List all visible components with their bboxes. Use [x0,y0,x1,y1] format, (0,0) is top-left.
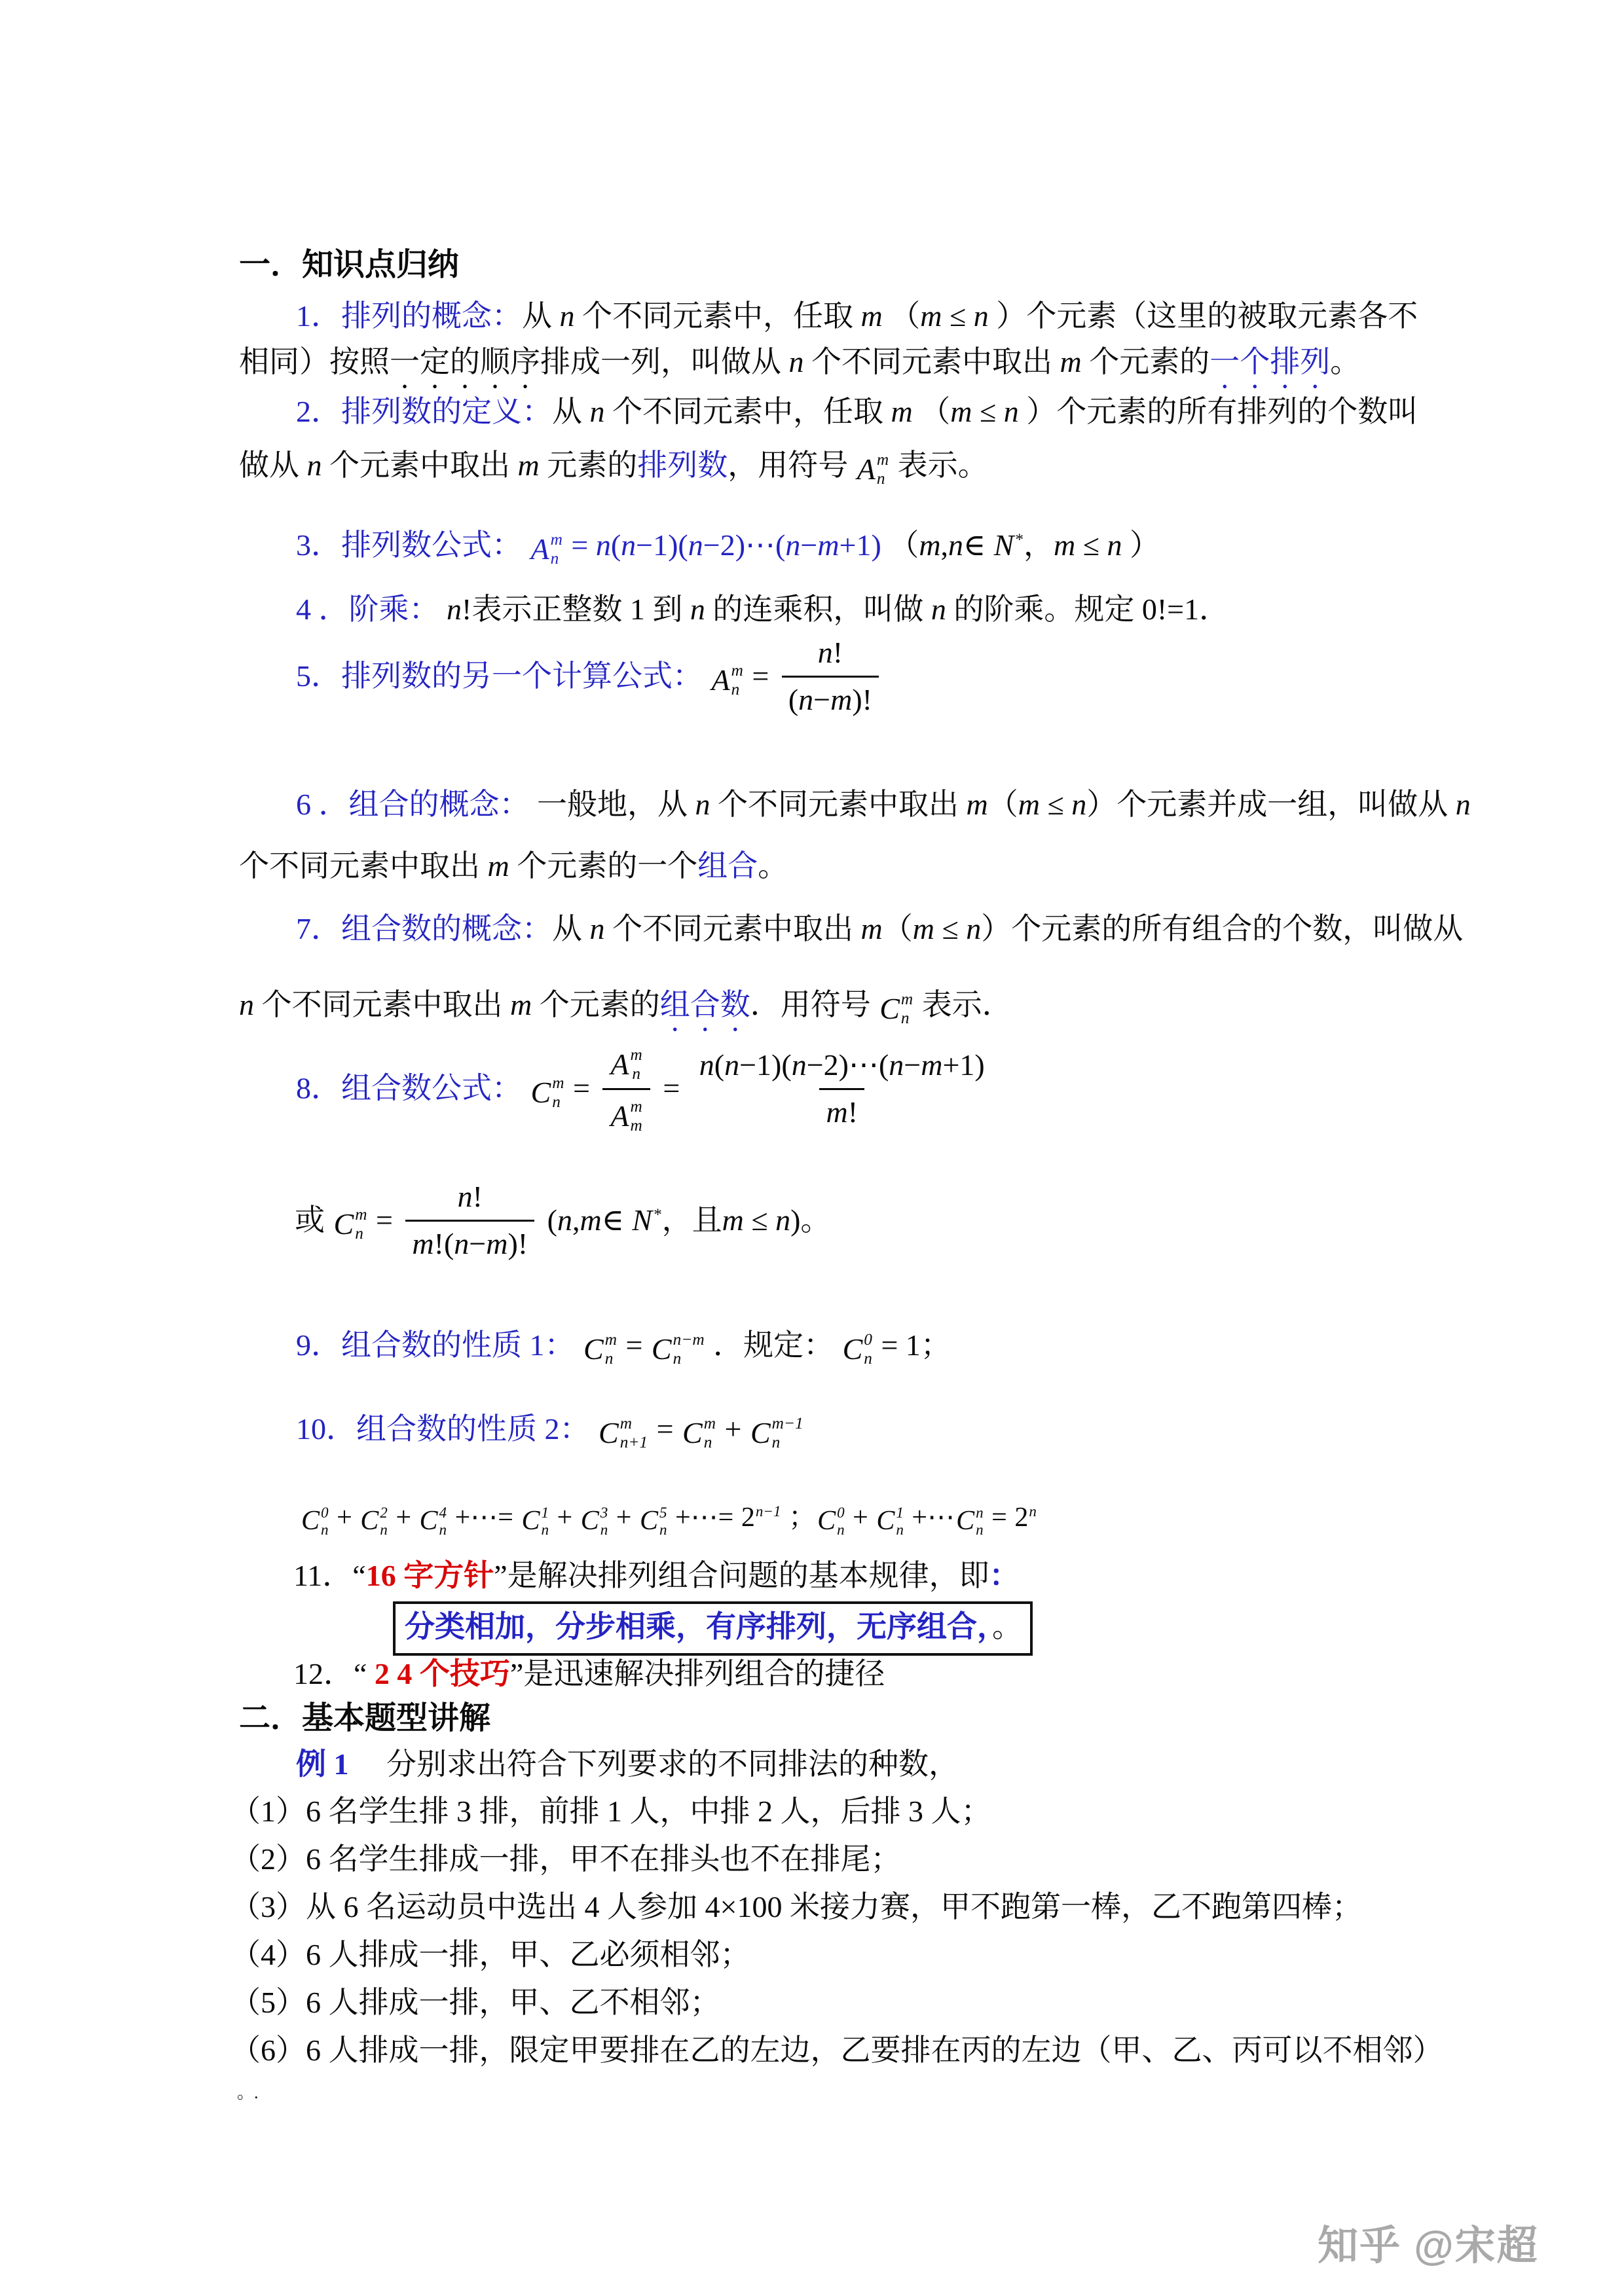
text-run: n [699,1048,714,1082]
text-run: n [889,1048,904,1082]
item-10-property-2: 10．组合数的性质 2： Cmn+1 = Cmn + Cm−1n [296,1408,805,1451]
text-run: , [941,528,949,562]
text-run: 个不同元素中，任取 [605,395,891,428]
text-run: 16 字方针 [366,1559,494,1592]
math-subsup: Amn [712,661,743,699]
text-run: n [458,1180,473,1213]
text-run: ≤ [1040,788,1071,821]
math-subsup: Amm [610,1097,642,1135]
text-run: m [412,1227,434,1260]
text-run: 。. [237,2083,259,2102]
text-run: m [817,528,839,562]
text-run: = [618,1328,650,1362]
text-run: n [789,345,804,378]
text-run: )。 [790,1203,830,1237]
text-run: + [846,1503,876,1533]
text-run: n [596,528,611,562]
text-run: （4）6 人排成一排，甲、乙必须相邻； [231,1938,750,1971]
text-run: 个不同元素中取出 [605,912,861,945]
math-subsup: Cn−mn [652,1330,705,1368]
math-subsup: Amn [610,1046,642,1084]
item-11-principle: 11．“16 字方针”是解决排列组合问题的基本规律，即： [293,1554,1020,1598]
text-run: ： [989,1559,1020,1592]
text-run: + [717,1412,749,1446]
text-run: （ [913,395,951,428]
math-subsup: Cmn+1 [599,1414,648,1452]
text-run: 个元素的 [532,988,660,1021]
math-fraction: n(n−1)(n−2)⋯(n−m+1)m! [693,1048,991,1130]
text-run: n [785,528,800,562]
key-rule-box: 分类相加，分步相乘，有序排列，无序组合，。 [393,1601,1033,1656]
text-run: 12．“ [293,1657,375,1690]
item-1-line-1: 1．排列的概念：从 n 个不同元素中，任取 m （m ≤ n ）个元素（这里的被… [296,295,1418,338]
text-run: （ [988,788,1018,821]
item-6-line-1: 6 ．组合的概念： 一般地，从 n 个不同元素中取出 m（m ≤ n）个元素并成… [296,783,1471,827]
text-run: 分别求出符合下列要求的不同排法的种数， [349,1747,959,1781]
text-run: ，用符号 [728,448,856,482]
math-subsup: C3n [581,1504,608,1539]
text-run: n [621,528,636,562]
text-run: ( [611,528,621,562]
item-4-factorial: 4 ．阶乘： n!表示正整数 1 到 n 的连乘积，叫做 n 的阶乘。规定 0!… [296,588,1229,632]
text-run: ≤ [1075,528,1107,562]
text-run: 2．排列数的定义： [296,395,552,428]
text-run: 10．组合数的性质 2： [296,1412,597,1446]
math-subsup: C0n [817,1504,845,1539]
example-1-q3: （3）从 6 名运动员中选出 4 人参加 4×100 米接力赛，甲不跑第一棒，乙… [231,1886,1362,1929]
text-run: ! [848,1095,858,1129]
item-8-alt-formula: 或 Cmn = n!m!(n−m)! (n,m∈ N*，且m ≤ n)。 [295,1182,830,1264]
example-1-q4: （4）6 人排成一排，甲、乙必须相邻； [231,1933,750,1977]
text-run: 4 ．阶乘： [296,592,447,626]
text-run: n [966,912,981,945]
text-run: ( [540,1203,557,1237]
text-run: 。 [758,849,788,883]
text-run: +1) [840,528,881,562]
watermark: 知乎 @宋超 [1318,2213,1539,2271]
text-run: 或 [295,1203,333,1237]
item-12-tricks: 12．“ 2 4 个技巧”是迅速解决排列组合的捷径 [293,1652,885,1696]
text-run: 分类相加，分步相乘，有序排列，无序组合， [405,1610,992,1643]
text-run: + [330,1503,360,1533]
math-sup: N* [994,524,1023,568]
text-run: m [920,299,942,333]
text-run: 的阶乘。规定 0!=1． [946,592,1229,626]
text-run: = [368,1203,400,1237]
text-run: n [818,636,833,669]
text-run: m [826,1095,847,1129]
text-run: ! [833,636,843,669]
text-run: 排成一列，叫做从 [540,345,789,378]
section-2-heading: 二．基本题型讲解 [239,1696,490,1741]
text-run: m [891,395,913,428]
stray-mark: 。. [237,2081,259,2105]
item-2-line-2: 做从 n 个元素中取出 m 元素的排列数，用符号 Amn 表示。 [239,444,988,488]
math-subsup: Cm−1n [750,1414,803,1452]
text-run: )! [852,683,872,716]
text-run: 2 4 个技巧 [375,1657,510,1690]
text-run: 个不同元素中，任取 [575,299,861,333]
text-run: n [695,788,710,821]
item-8-formula: 8．组合数公式： Cmn = AmnAmm = n(n−1)(n−2)⋯(n−m… [296,1046,997,1137]
text-run: = [655,1072,688,1105]
text-run: ）个元素的所有组合的个数，叫做从 [981,912,1463,945]
text-run: m [488,849,509,883]
text-run: −2)⋯( [807,1048,889,1082]
text-run: m [1060,345,1082,378]
text-run: m [913,912,934,945]
math-fraction: n!m!(n−m)! [405,1180,534,1262]
text-run: + [389,1503,418,1533]
text-run: n [974,299,989,333]
example-1-q6: （6）6 人排成一排，限定甲要排在乙的左边，乙要排在丙的左边（甲、乙、丙可以不相… [231,2029,1443,2073]
math-subsup: C1n [876,1504,904,1539]
text-run: , [572,1203,580,1237]
item-1-line-2: 相同）按照一定的顺序排成一列，叫做从 n 个不同元素中取出 m 个元素的一个排列… [239,340,1360,395]
text-run: + [550,1503,580,1533]
text-run: +⋯= [448,1503,520,1533]
item-6-line-2: 个不同元素中取出 m 个元素的一个组合。 [239,845,788,888]
text-run: （3）从 6 名运动员中选出 4 人参加 4×100 米接力赛，甲不跑第一棒，乙… [231,1890,1362,1923]
text-run: m [919,528,940,562]
text-run: （ [881,528,919,562]
text-run: m [861,912,883,945]
text-run: ( [788,683,798,716]
text-run: 1．排列的概念： [296,299,522,333]
text-run: 个元素的 [1082,345,1210,378]
text-run: n [1071,788,1086,821]
math-subsup: Amn [531,530,563,568]
text-run: )! [507,1227,528,1260]
item-3-formula: 3．排列数公式： Amn = n(n−1)(n−2)⋯(n−m+1) （m,n∈… [296,524,1160,568]
text-run: n [775,1203,790,1237]
math-fraction: AmnAmm [602,1044,650,1134]
text-run: n [792,1048,807,1082]
text-run: n [948,528,963,562]
text-run: −1)( [636,528,688,562]
math-subsup: C2n [360,1504,388,1539]
text-run: 组合数 [660,988,750,1021]
item-5-formula: 5．排列数的另一个计算公式： Amn = n!(n−m)! [296,638,884,720]
text-run: n [690,592,705,626]
text-run: 的连乘积，叫做 [705,592,931,626]
text-run: n [454,1227,469,1260]
text-run: n [557,1203,572,1237]
text-run: n [307,448,322,482]
math-fraction: n!(n−m)! [782,636,879,718]
text-run: m [580,1203,601,1237]
math-sup: 2n−1 [741,1498,781,1538]
text-run: m [921,1048,942,1082]
math-subsup: Amn [857,450,889,488]
text-run: 个不同元素中取出 [254,988,510,1021]
text-run: 个元素中取出 [322,448,518,482]
math-subsup: Cmn [531,1074,564,1112]
text-run: ≤ [972,395,1003,428]
text-run: m [722,1203,744,1237]
text-run: + [609,1503,638,1533]
text-run: = 1； [874,1328,951,1362]
text-run: 表示。 [890,448,988,482]
text-run: 元素的 [540,448,638,482]
text-run: = [649,1412,681,1446]
text-run: +1) [942,1048,984,1082]
binomial-identities: C0n + C2n + C4n +⋯= C1n + C3n + C5n +⋯= … [300,1498,1037,1538]
text-run: − [813,683,830,716]
text-run: = [564,528,596,562]
text-run: 一．知识点归纳 [239,247,459,282]
text-run: ”是解决排列组合问题的基本规律，即 [494,1559,989,1592]
item-7-line-1: 7．组合数的概念：从 n 个不同元素中取出 m（m ≤ n）个元素的所有组合的个… [296,907,1463,951]
text-run: ）个元素并成一组，叫做从 [1086,788,1456,821]
text-run: 7．组合数的概念： [296,912,552,945]
text-run: = [565,1072,597,1105]
text-run: ．规定： [706,1328,841,1362]
item-7-line-2: n 个不同元素中取出 m 个元素的组合数．用符号 Cmn 表示． [239,983,1012,1038]
text-run: 排列数 [637,448,728,482]
text-run: n [1004,395,1019,428]
text-run: ； [782,1503,817,1533]
item-9-property-1: 9．组合数的性质 1： Cmn = Cn−mn ．规定： C0n = 1； [296,1324,951,1368]
math-subsup: C5n [640,1504,667,1539]
item-2-line-1: 2．排列数的定义：从 n 个不同元素中，任取 m （m ≤ n ）个元素的所有排… [296,390,1418,434]
math-subsup: C0n [843,1330,872,1368]
text-run: （5）6 人排成一排，甲、乙不相邻； [231,1986,720,2019]
text-run: n [798,683,813,716]
text-run: （ [883,299,921,333]
text-run: n [590,395,605,428]
text-run: 9．组合数的性质 1： [296,1328,582,1362]
text-run: 。 [992,1610,1022,1643]
document-page: 一．知识点归纳 1．排列的概念：从 n 个不同元素中，任取 m （m ≤ n ）… [0,0,1624,2296]
text-run: （6）6 人排成一排，限定甲要排在乙的左边，乙要排在丙的左边（甲、乙、丙可以不相… [231,2033,1443,2067]
text-run: m [950,395,972,428]
text-run: ，且 [662,1203,722,1237]
text-run: 二．基本题型讲解 [239,1701,490,1736]
text-run: 个不同元素中取出 [804,345,1060,378]
text-run: n [447,592,462,626]
text-run: n [560,299,575,333]
text-run: 一个排列 [1209,345,1330,378]
text-run: ! [473,1180,483,1213]
text-run: ≤ [744,1203,775,1237]
text-run: 个不同元素中取出 [239,849,488,883]
text-run: n [931,592,946,626]
math-subsup: C4n [420,1504,447,1539]
text-run: 8．组合数公式： [296,1072,530,1105]
text-run: ≤ [934,912,966,945]
text-run: （ [883,912,913,945]
math-subsup: C0n [301,1504,329,1539]
text-run: 组合 [697,849,758,883]
math-sup: 2n [1014,1498,1037,1538]
text-run: m [518,448,540,482]
text-run: n [590,912,605,945]
text-run: ( [714,1048,724,1082]
example-1-q5: （5）6 人排成一排，甲、乙不相邻； [231,1981,720,2025]
math-subsup: Cmn [583,1330,617,1368]
text-run: ≤ [942,299,973,333]
text-run: 一般地，从 [537,788,695,821]
math-subsup: C1n [521,1504,549,1539]
text-run: 表示． [914,988,1012,1021]
text-run: = [745,659,777,693]
text-run: 从 [552,912,590,945]
math-subsup: Cmn [682,1414,716,1452]
text-run: 个不同元素中取出 [710,788,967,821]
text-run: 一定的顺序 [390,345,540,378]
text-run: ）个元素的所有排列的个数叫 [1019,395,1418,428]
math-subsup: Cnn [956,1504,984,1539]
text-run: !表示正整数 1 到 [462,592,690,626]
example-1-intro: 例 1 分别求出符合下列要求的不同排法的种数， [296,1743,959,1787]
text-run: 例 1 [296,1747,349,1781]
math-subsup: Cmn [334,1205,367,1243]
text-run: 3．排列数公式： [296,528,530,562]
text-run: n [239,988,254,1021]
text-run: m [967,788,988,821]
text-run: m [861,299,883,333]
text-run: !( [434,1227,454,1260]
example-1-q2: （2）6 名学生排成一排，甲不在排头也不在排尾； [231,1838,901,1882]
text-run: m [830,683,852,716]
math-sup: N* [632,1199,661,1243]
text-run: 个元素的一个 [509,849,698,883]
text-run: ） [1122,528,1160,562]
text-run: 相同）按照 [239,345,390,378]
text-run: ， [1024,528,1054,562]
text-run: n [724,1048,739,1082]
text-run: 做从 [239,448,307,482]
text-run: +⋯ [905,1503,955,1533]
text-run: ∈ [963,528,993,562]
text-run: ”是迅速解决排列组合的捷径 [510,1657,885,1690]
text-run: 6 ．组合的概念： [296,788,537,821]
text-run: 5．排列数的另一个计算公式： [296,659,710,693]
text-run: −1)( [739,1048,792,1082]
text-run: +⋯= [669,1503,741,1533]
text-run: − [800,528,817,562]
text-run: ∈ [602,1203,632,1237]
text-run: − [469,1227,486,1260]
text-run: 。 [1330,345,1360,378]
text-run: m [1054,528,1075,562]
text-run: m [510,988,532,1021]
math-subsup: Cmn [879,990,913,1028]
text-run: ）个元素（这里的被取元素各不 [989,299,1418,333]
text-run: 从 [522,299,560,333]
text-run: − [904,1048,921,1082]
text-run: m [1018,788,1040,821]
text-run: 11．“ [293,1559,366,1592]
text-run: −2)⋯( [703,528,786,562]
text-run: m [486,1227,507,1260]
text-run: ．用符号 [750,988,879,1021]
section-1-heading: 一．知识点归纳 [239,242,459,288]
text-run: n [1107,528,1122,562]
text-run: 从 [552,395,590,428]
text-run: n [1456,788,1471,821]
text-run: （1）6 名学生排 3 排，前排 1 人，中排 2 人，后排 3 人； [231,1795,991,1828]
text-run: = [985,1503,1014,1533]
text-run: （2）6 名学生排成一排，甲不在排头也不在排尾； [231,1842,901,1876]
example-1-q1: （1）6 名学生排 3 排，前排 1 人，中排 2 人，后排 3 人； [231,1790,991,1834]
text-run: n [688,528,703,562]
